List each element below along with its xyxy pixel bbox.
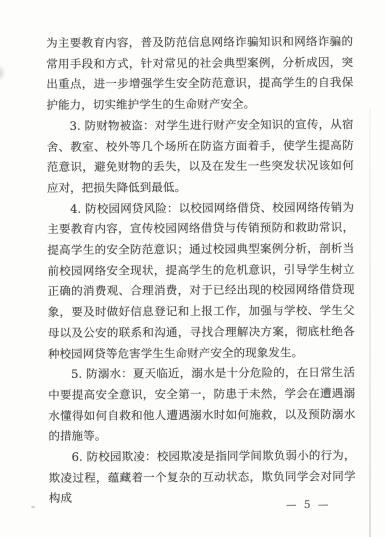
page-number: — 5 —: [286, 499, 330, 511]
paragraph-item-4-campus-loan-risk: 4. 防校园网贷风险：以校园网络借贷、校园网络传销为主要教育内容，宣传校园网络借…: [47, 197, 355, 364]
paragraph-item-3-theft-prevention: 3. 防财物被盗：对学生进行财产安全知识的宣传，从宿舍、教室、校外等几个场所在防…: [47, 114, 355, 199]
scanned-document-page: 为主要教育内容，普及防范信息网络诈骗知识和网络诈骗的常用手段和方式，针对常见的社…: [0, 0, 386, 537]
paragraph-continuation: 为主要教育内容，普及防范信息网络诈骗知识和网络诈骗的常用手段和方式，针对常见的社…: [46, 31, 354, 116]
scan-speck: [31, 506, 35, 508]
scan-smudge: [0, 64, 6, 82]
document-body-text: 为主要教育内容，普及防范信息网络诈骗知识和网络诈骗的常用手段和方式，针对常见的社…: [46, 31, 356, 509]
scan-edge-line: [369, 108, 371, 537]
paragraph-item-5-drowning-prevention: 5. 防溺水：夏天临近，溺水是十分危险的，在日常生活中要提高安全意识，安全第一，…: [48, 362, 356, 447]
